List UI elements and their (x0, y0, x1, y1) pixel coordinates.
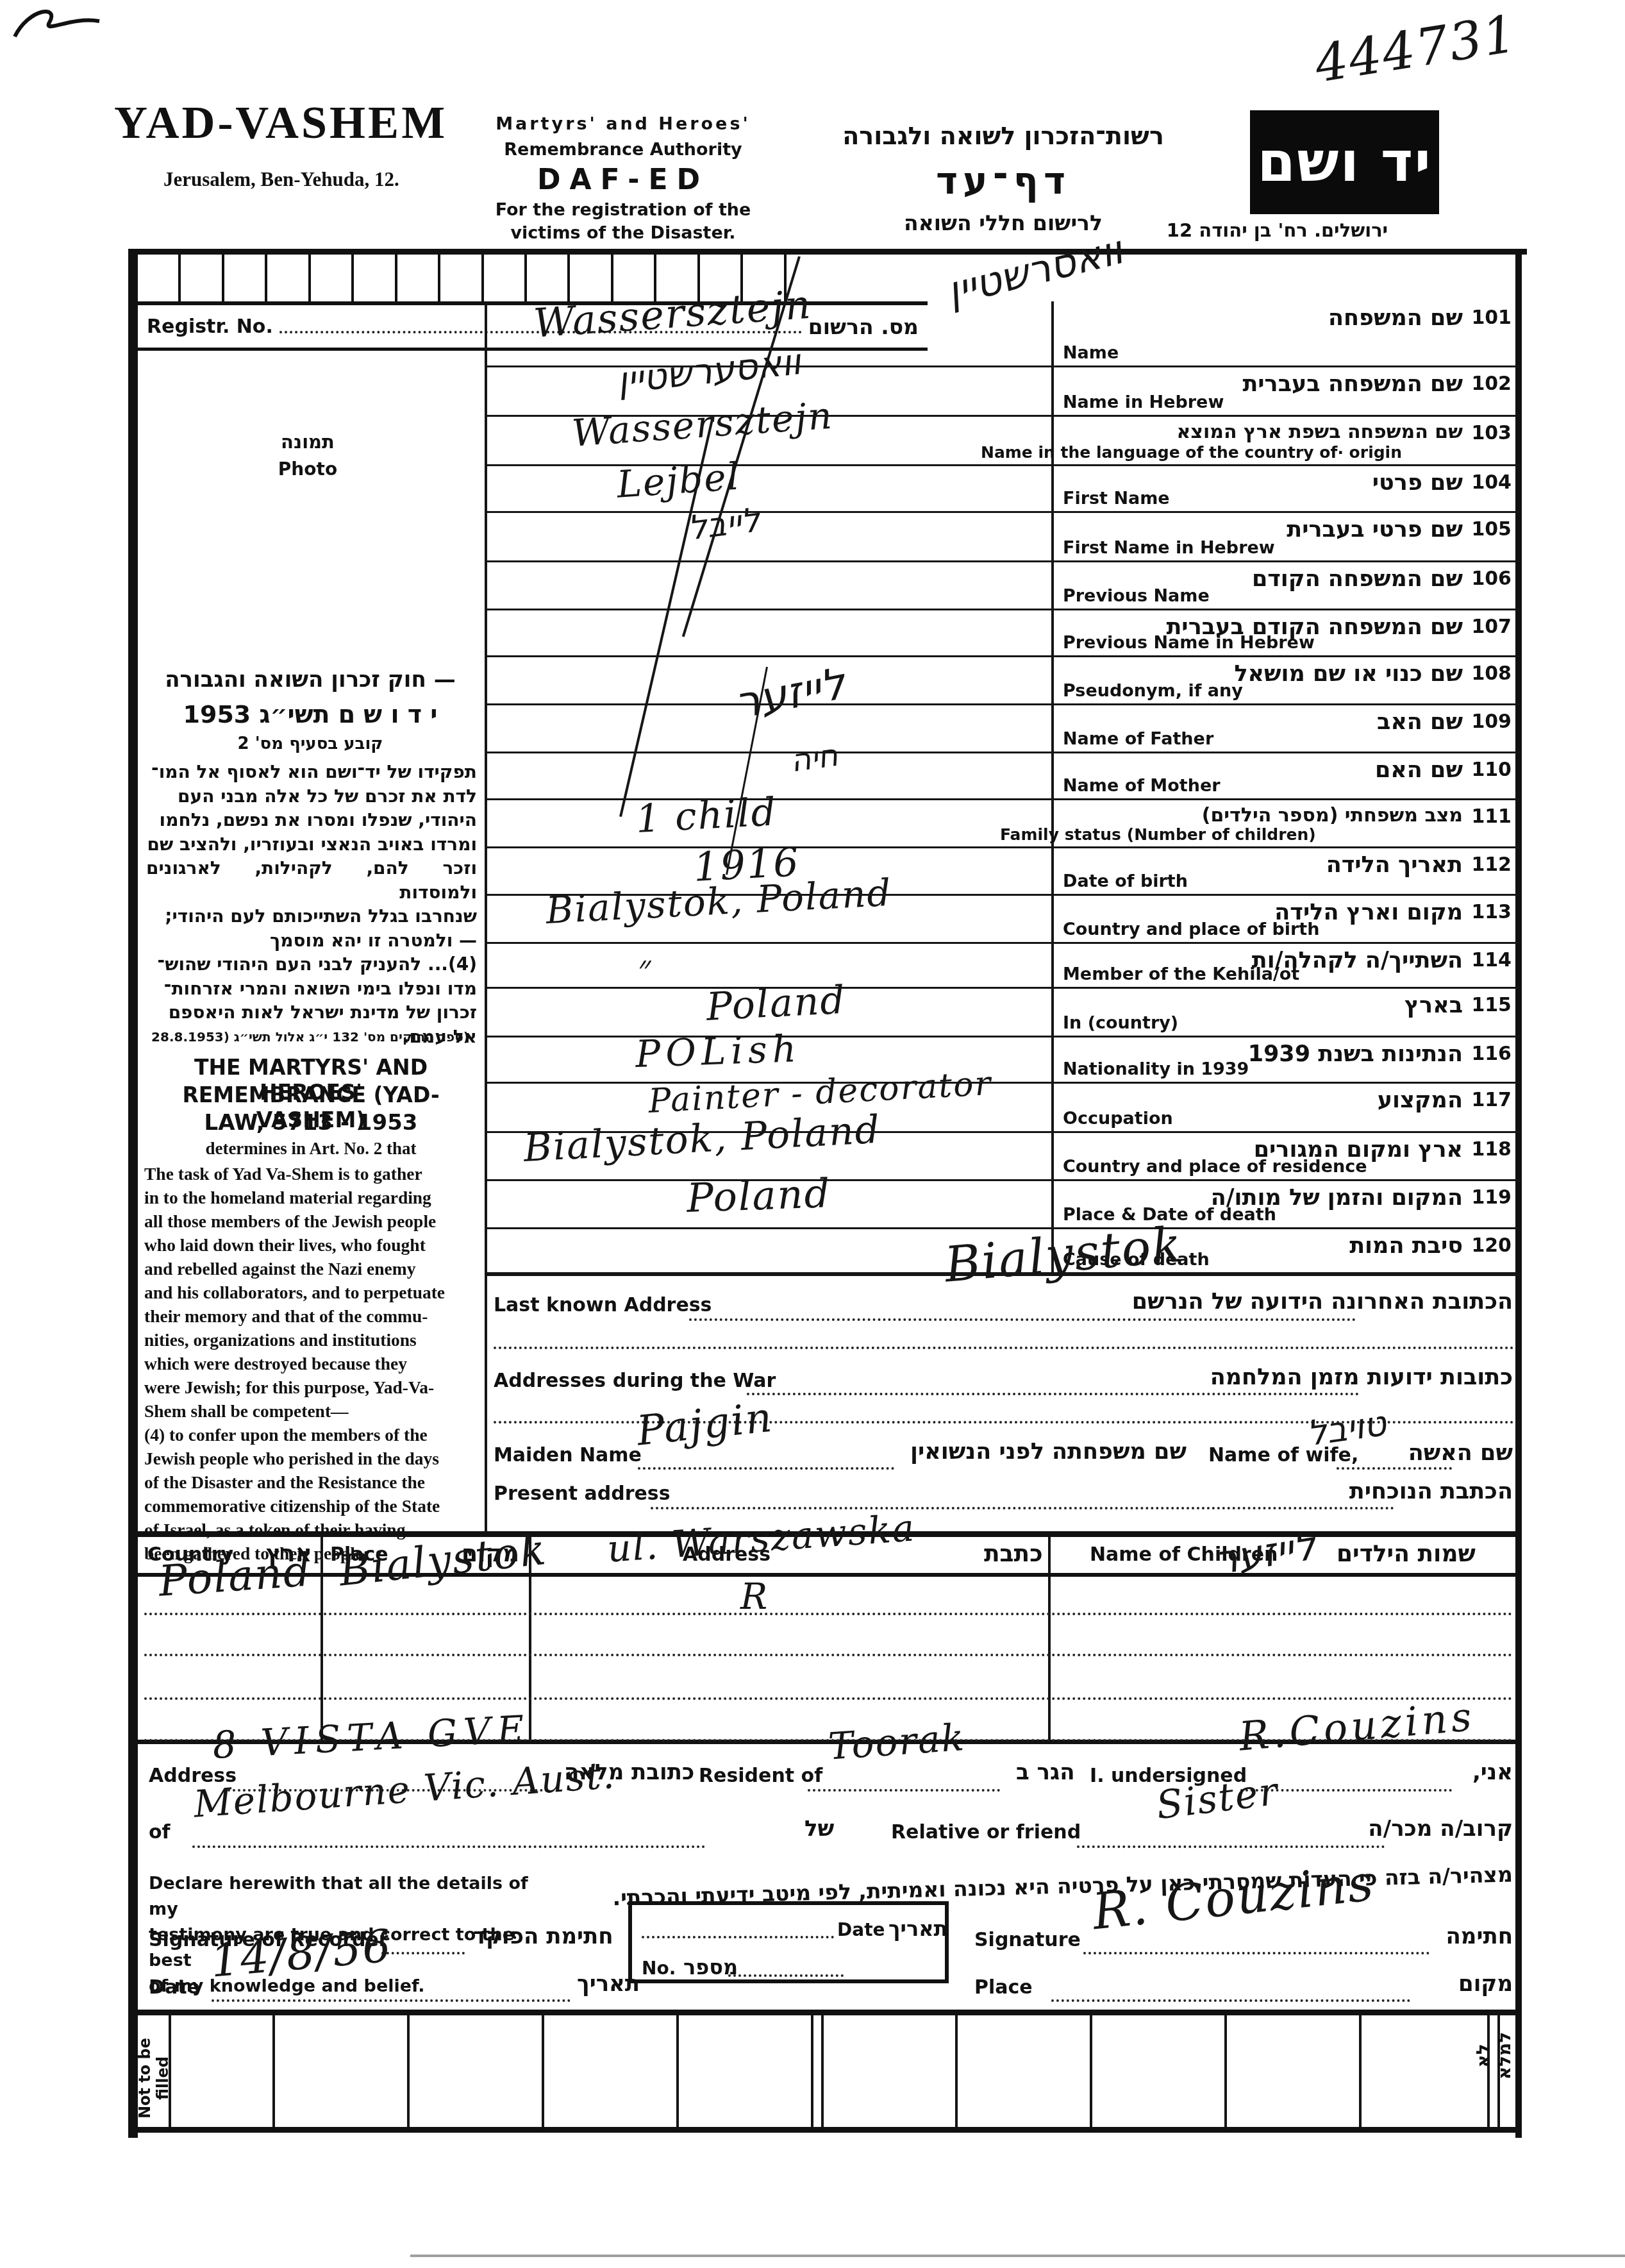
addresses-during-war-line[interactable] (747, 1393, 1359, 1395)
relative-line[interactable] (1077, 1845, 1385, 1848)
field-number: 102 (1471, 373, 1512, 395)
ink-scribble (10, 3, 112, 48)
field-label-english: Family status (Number of children) (1000, 825, 1316, 844)
field-label-english: Occupation (1063, 1109, 1173, 1129)
recorder-signature-label-hebrew: חתימת הפוקד (473, 1924, 613, 1949)
of-line[interactable] (192, 1845, 705, 1848)
addresses-during-war-label-hebrew: כתובות ידועות מזמן המלחמה (1210, 1365, 1513, 1390)
field-row-106[interactable]: 106 שם המשפחה הקודם Previous Name (487, 562, 1521, 610)
not-to-be-filled-label-hebrew: לא למלא (1472, 2017, 1515, 2094)
field-row-108[interactable]: 108 שם כנוי או שם מושאל Pseudonym, if an… (487, 657, 1521, 705)
strip-divider (542, 2015, 544, 2127)
declaration-line: Declare herewith that all the details of… (149, 1871, 540, 1922)
english-law-title3: LAW, 5713 - 1953 (144, 1110, 478, 1136)
undersigned-label-hebrew: אני, (1472, 1760, 1513, 1785)
hw-maiden-name: Pajgin (635, 1394, 775, 1456)
field-number: 111 (1471, 805, 1512, 828)
logo-subtitle: ירושלים. רח' בן יהודה 12 (1115, 219, 1439, 241)
field-label-english: First Name in Hebrew (1063, 538, 1275, 558)
last-known-address-line[interactable] (689, 1318, 1356, 1321)
field-label-english: Member of the Kehila/ot (1063, 964, 1299, 984)
of-label-hebrew: של (804, 1816, 834, 1842)
strip-divider (407, 2015, 410, 2127)
serial-number-handwriting: 444731 (1311, 3, 1521, 94)
field-label-hebrew: שם המשפחה הקודם (1252, 566, 1463, 592)
strip-divider (955, 2015, 958, 2127)
frame-top-line (128, 249, 1527, 255)
hw-mother-name: חיה (788, 737, 840, 780)
daf-ed-title: DAF-ED (456, 164, 790, 196)
english-law-line: their memory and that of the commu- (144, 1304, 479, 1328)
english-law-line: (4) to confer upon the members of the (144, 1423, 479, 1447)
field-number: 117 (1471, 1089, 1512, 1111)
box-date-label: Date (837, 1919, 885, 1940)
english-law-line: which were destroyed because they (144, 1352, 479, 1375)
addresses-during-war-label: Addresses during the War (494, 1370, 776, 1392)
declaration-line: of my knowledge and belief. (149, 1974, 540, 1999)
col-address-label-hebrew: כתבת (984, 1541, 1043, 1567)
english-law-line: who laid down their lives, who fought (144, 1233, 479, 1257)
place-label-hebrew: מקום (1458, 1971, 1513, 1997)
field-label-english: Country and place of residence (1063, 1157, 1367, 1177)
registr-no-label: Registr. No. (147, 315, 273, 338)
field-number: 118 (1471, 1138, 1512, 1161)
yad-vashem-logo: יד ושם (1250, 110, 1439, 214)
last-known-address-label: Last known Address (494, 1294, 712, 1316)
field-row-109[interactable]: 109 שם האב Name of Father (487, 705, 1521, 753)
field-number: 114 (1471, 949, 1512, 971)
present-address-line[interactable] (651, 1507, 1394, 1509)
last-known-address-label-hebrew: הכתובת האחרונה הידועה של הנרשם (1132, 1289, 1513, 1315)
resident-of-label-hebrew: הגר ב (1016, 1760, 1075, 1785)
field-label-english: Date of birth (1063, 871, 1188, 891)
strip-divider (1359, 2015, 1362, 2127)
strip-divider (1090, 2015, 1092, 2127)
logo-text: יד ושם (1257, 130, 1431, 194)
english-law-line: The task of Yad Va-Shem is to gather (144, 1162, 479, 1186)
field-number: 105 (1471, 518, 1512, 541)
field-label-hebrew: המקצוע (1378, 1088, 1463, 1113)
hw-wife-name: טויבל (1304, 1403, 1388, 1454)
field-label-english: Country and place of birth (1063, 920, 1319, 939)
strip-divider (272, 2015, 275, 2127)
authority-line1: Martyrs' and Heroes' (456, 114, 790, 134)
english-law-subtitle: determines in Art. No. 2 that (144, 1139, 478, 1159)
field-number: 108 (1471, 662, 1512, 685)
resident-of-label: Resident of (699, 1765, 822, 1787)
maiden-name-label: Maiden Name (494, 1444, 642, 1466)
resident-of-line[interactable] (808, 1789, 1000, 1792)
strip-cell (354, 255, 397, 301)
field-number: 103 (1471, 422, 1512, 444)
field-number: 116 (1471, 1043, 1512, 1065)
authority-line5: victims of the Disaster. (456, 223, 790, 243)
strip-cell (397, 255, 440, 301)
field-label-english: Previous Name (1063, 586, 1210, 606)
not-to-be-filled-label: Not to be filled (136, 2024, 172, 2133)
field-label-english: Name of Father (1063, 729, 1213, 749)
hw-nationality: POLish (635, 1027, 802, 1076)
hebrew-law-line: ומרדו באויב הנאצי ובעוזריו, ולהציב שם (146, 832, 477, 857)
field-label-hebrew: תאריך הלידה (1326, 852, 1463, 878)
address-extra-line[interactable] (494, 1347, 1514, 1349)
field-number: 106 (1471, 567, 1512, 590)
field-row-110[interactable]: 110 שם האם Name of Mother (487, 753, 1521, 800)
hw-family-status: 1 child (635, 789, 778, 841)
date-line[interactable] (212, 1999, 571, 2002)
field-label-english: In (country) (1063, 1013, 1178, 1033)
field-label-hebrew: שם המשפחה בשפת ארץ המוצא (1177, 421, 1463, 443)
field-number: 104 (1471, 471, 1512, 494)
strip-cell (440, 255, 483, 301)
signature-label-hebrew: חתימה (1446, 1924, 1513, 1949)
field-label-english: Pseudonym, if any (1063, 681, 1243, 701)
hebrew-law-line: מדו ונפלו בימי השואה והמרי אזרחות־ (146, 977, 477, 1001)
wife-label-hebrew: שם האשה (1408, 1440, 1513, 1466)
english-law-line: Jewish people who perished in the days (144, 1447, 479, 1470)
field-number: 112 (1471, 853, 1512, 876)
field-label-english: Name in Hebrew (1063, 392, 1224, 412)
strip-cell (527, 255, 570, 301)
hebrew-law-title2: י ד ו ש ם תשי״ג 1953 (146, 700, 474, 728)
relative-label-hebrew: קרוב/ה מכר/ה (1368, 1816, 1513, 1842)
strip-top-line (138, 2010, 1521, 2015)
hebrew-law-line: — ולמטרה זו יהא מוסמך (146, 928, 477, 953)
english-law-line: and rebelled against the Nazi enemy (144, 1257, 479, 1281)
hebrew-law-line: לדת את זכרם של כל אלה מבני העם (146, 784, 477, 809)
field-label-hebrew: שם כנוי או שם מושאל (1234, 661, 1463, 687)
english-law-line: of the Disaster and the Resistance the (144, 1470, 479, 1494)
present-address-label: Present address (494, 1483, 671, 1505)
field-row-105[interactable]: 105 שם פרטי בעברית First Name in Hebrew (487, 513, 1521, 562)
english-law-line: all those members of the Jewish people (144, 1209, 479, 1233)
field-number: 119 (1471, 1186, 1512, 1209)
english-law-line: commemorative citizenship of the State (144, 1494, 479, 1518)
place-line[interactable] (1051, 1999, 1410, 2002)
hebrew-law-footnote: (ספר החוקים מס' 132 י״ג אלול תשי״ג (28.8… (146, 1029, 474, 1045)
place-label: Place (974, 1976, 1033, 1999)
strip-divider (1224, 2015, 1227, 2127)
strip-cell (224, 255, 267, 301)
strip-cell (181, 255, 224, 301)
field-label-english: Name of Mother (1063, 776, 1221, 796)
field-label-hebrew: שם פרטי (1372, 470, 1463, 496)
field-label-hebrew: הנתינות בשנת 1939 (1248, 1041, 1463, 1067)
field-row-119[interactable]: 119 המקום והזמן של מותו/ה Place & Date o… (487, 1181, 1521, 1229)
photo-label: Photo (192, 458, 423, 480)
daf-ed-testimony-form: 444731 YAD-VASHEM Jerusalem, Ben-Yehuda,… (0, 0, 1625, 2268)
field-number: 109 (1471, 710, 1512, 733)
not-to-be-filled-strip: Not to be filled לא למלא (138, 2015, 1521, 2133)
authority-line2: Remembrance Authority (456, 140, 790, 160)
field-number: 120 (1471, 1234, 1512, 1257)
scan-artifact-line (410, 2255, 1625, 2257)
field-label-english: Nationality in 1939 (1063, 1059, 1249, 1079)
strip-cell (138, 255, 181, 301)
table-row-line[interactable] (144, 1697, 1513, 1700)
field-label-hebrew: בארץ (1404, 993, 1463, 1018)
of-label: of (149, 1821, 171, 1844)
wife-name-line[interactable] (1337, 1467, 1452, 1470)
strip-cell (267, 255, 310, 301)
field-label-english: Name (1063, 343, 1119, 363)
box-date-label-hebrew: תאריך (888, 1917, 947, 1941)
hw-children-address2: R (740, 1576, 769, 1618)
english-law-line: Shem shall be competent— (144, 1399, 479, 1423)
box-date-line[interactable] (642, 1936, 834, 1938)
hebrew-law-line: זכרון של מדינת ישראל לאות היאספם (146, 1000, 477, 1025)
field-label-hebrew: שם פרטי בעברית (1287, 517, 1463, 542)
hw-death-place: Poland (686, 1170, 831, 1222)
authority-line4: For the registration of the (456, 200, 790, 220)
field-number: 101 (1471, 307, 1512, 329)
english-law-line: were Jewish; for this purpose, Yad-Va- (144, 1375, 479, 1399)
hebrew-law-line: (4)... להעניק לבני העם היהודי שהוש־ (146, 952, 477, 977)
field-number: 110 (1471, 759, 1512, 781)
col-children-label-hebrew: שמות הילדים (1337, 1541, 1476, 1567)
hebrew-law-title1: — חוק זכרון השואה והגבורה (146, 667, 474, 693)
field-label-hebrew: שם האם (1375, 757, 1463, 783)
hebrew-law-paragraph: תפקידו של יד־ושם הוא לאסוף אל המו־ לדת א… (146, 760, 477, 1048)
field-label-hebrew: שם המשפחה (1328, 305, 1463, 331)
hw-kehila-ditto: ״ (638, 948, 653, 988)
brand-title: YAD-VASHEM (114, 96, 447, 149)
english-law-paragraph: The task of Yad Va-Shem is to gather in … (144, 1162, 479, 1565)
strip-divider (811, 2015, 813, 2127)
office-use-box: Date תאריך No. מספר (628, 1901, 949, 1983)
english-law-line: in to the homeland material regarding (144, 1186, 479, 1209)
hw-first-name: Lejbel (615, 455, 742, 507)
field-row-107[interactable]: 107 שם המשפחה הקודם בעברית Previous Name… (487, 610, 1521, 657)
signature-line[interactable] (1083, 1952, 1429, 1954)
field-number: 113 (1471, 901, 1512, 923)
present-address-label-hebrew: הכתבת הנוכחית (1349, 1479, 1513, 1504)
strip-divider (676, 2015, 679, 2127)
hebrew-law-line: שנחרבו בגלל השתייכותם לעם היהודי; (146, 904, 477, 928)
field-number: 107 (1471, 616, 1512, 638)
field-label-english: Previous Name in Hebrew (1063, 633, 1315, 653)
strip-divider (821, 2015, 824, 2127)
strip-cell (311, 255, 354, 301)
frame-left-bar (128, 249, 138, 2138)
english-law-line: nities, organizations and institutions (144, 1328, 479, 1352)
hw-country: Poland (705, 978, 847, 1030)
field-label-hebrew: שם האב (1377, 709, 1463, 735)
date-label: Date (149, 1976, 200, 1999)
table-row-line[interactable] (144, 1613, 1513, 1615)
hebrew-law-line: וזכר להם, לקהילות, לארגונים ולמוסדות (146, 856, 477, 904)
field-label-hebrew: סיבת המות (1349, 1233, 1463, 1259)
recorder-signature-line[interactable] (381, 1952, 465, 1954)
hebrew-law-title3: קובע בסעיף מס' 2 (146, 734, 474, 753)
maiden-name-line[interactable] (638, 1467, 894, 1470)
strip-cell (484, 255, 527, 301)
hebrew-law-line: היהודי, שנפלו ומסרו את נפשם, נלחמו (146, 808, 477, 832)
field-label-english: First Name (1063, 489, 1170, 508)
relative-or-friend-label: Relative or friend (891, 1821, 1081, 1844)
english-law-line: and his collaborators, and to perpetuate (144, 1281, 479, 1304)
daf-ed-hebrew-title: דף־עד (795, 159, 1212, 203)
field-label-english: Name in the language of the country of· … (981, 443, 1402, 462)
hebrew-law-line: תפקידו של יד־ושם הוא לאסוף אל המו־ (146, 760, 477, 784)
field-label-hebrew: שם המשפחה בעברית (1242, 371, 1463, 397)
maiden-name-label-hebrew: שם משפחתה לפני הנשואין (910, 1439, 1187, 1465)
authority-hebrew-line1: רשות־הזכרון לשואה ולגבורה (795, 122, 1212, 150)
box-no-label: No. (642, 1958, 676, 1979)
brand-address: Jerusalem, Ben-Yehuda, 12. (163, 168, 399, 191)
date-label-hebrew: תאריך (577, 1971, 640, 1997)
table-row-line[interactable] (144, 1654, 1513, 1656)
signature-label: Signature (974, 1929, 1081, 1951)
hw-resident-of: Toorak (827, 1715, 967, 1768)
field-number: 115 (1471, 994, 1512, 1016)
photo-label-hebrew: תמונה (192, 431, 423, 453)
field-label-hebrew: מצב משפחתי (מספר הילדים) (1202, 804, 1463, 827)
field-row-115[interactable]: 115 בארץ In (country) (487, 989, 1521, 1037)
box-no-line[interactable] (728, 1974, 844, 1977)
